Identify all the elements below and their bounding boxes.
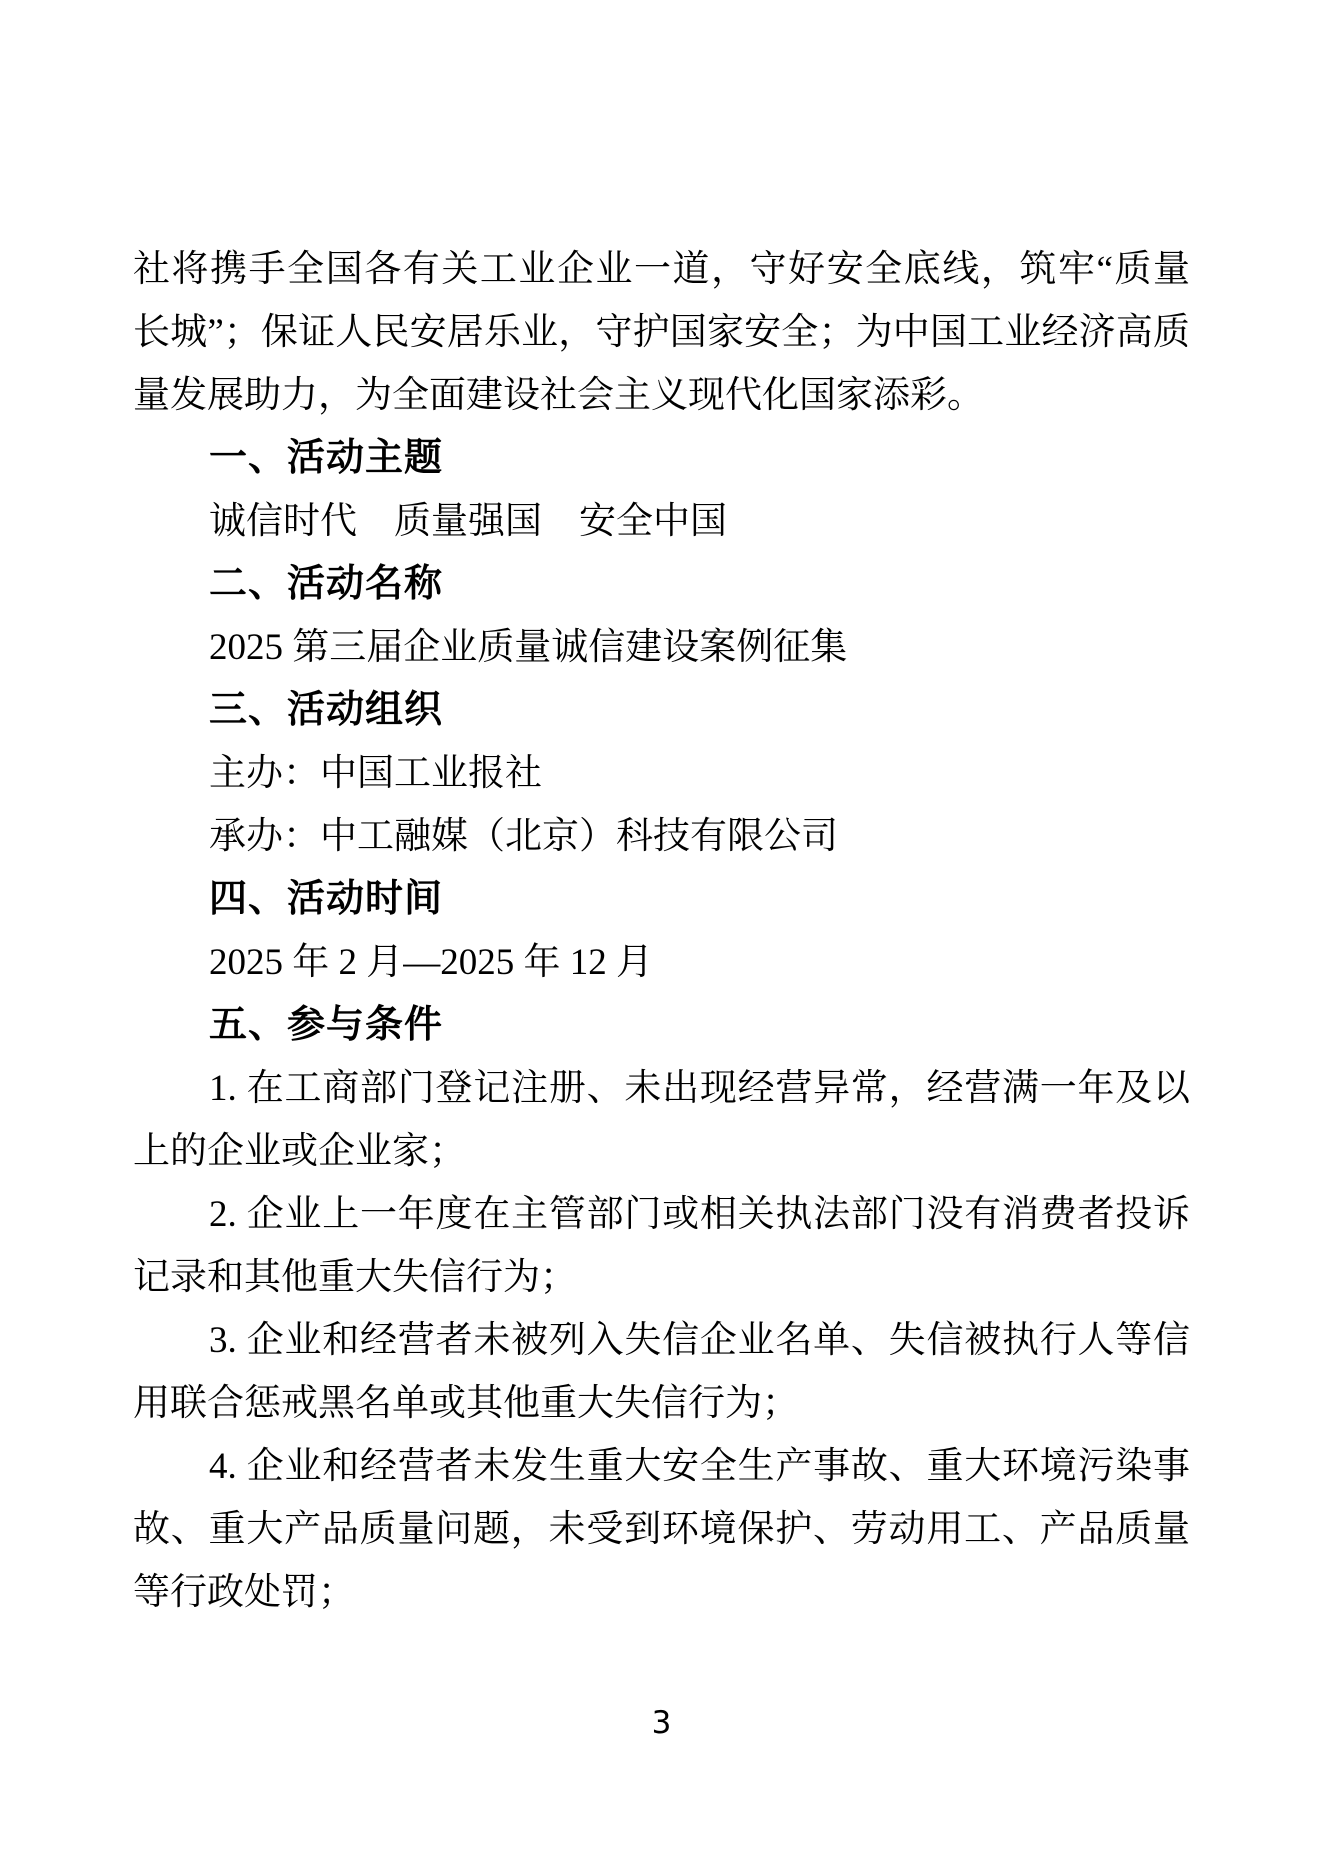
heading: 五、参与条件 [133,994,1190,1057]
text-line: 长城”；保证人民安居乐业，守护国家安全；为中国工业经济高质 [133,301,1190,364]
text-line: 一、活动主题 [133,427,1190,490]
text-line: 量发展助力，为全面建设社会主义现代化国家添彩。 [133,364,1190,427]
paragraph: 社将携手全国各有关工业企业一道，守好安全底线，筑牢“质量长城”；保证人民安居乐业… [133,238,1190,427]
paragraph: 主办：中国工业报社 [133,742,1190,805]
text-line: 2. 企业上一年度在主管部门或相关执法部门没有消费者投诉 [133,1183,1190,1246]
paragraph: 1. 在工商部门登记注册、未出现经营异常，经营满一年及以上的企业或企业家； [133,1057,1190,1183]
heading: 一、活动主题 [133,427,1190,490]
heading: 三、活动组织 [133,679,1190,742]
text-line: 2025 年 2 月—2025 年 12 月 [133,931,1190,994]
text-line: 二、活动名称 [133,553,1190,616]
paragraph: 3. 企业和经营者未被列入失信企业名单、失信被执行人等信用联合惩戒黑名单或其他重… [133,1309,1190,1435]
text-line: 社将携手全国各有关工业企业一道，守好安全底线，筑牢“质量 [133,238,1190,301]
text-line: 故、重大产品质量问题，未受到环境保护、劳动用工、产品质量 [133,1498,1190,1561]
document-body: 社将携手全国各有关工业企业一道，守好安全底线，筑牢“质量长城”；保证人民安居乐业… [133,238,1190,1624]
page-number: 3 [0,1700,1323,1746]
paragraph: 2025 第三届企业质量诚信建设案例征集 [133,616,1190,679]
text-line: 三、活动组织 [133,679,1190,742]
paragraph: 2025 年 2 月—2025 年 12 月 [133,931,1190,994]
heading: 二、活动名称 [133,553,1190,616]
text-line: 主办：中国工业报社 [133,742,1190,805]
text-line: 4. 企业和经营者未发生重大安全生产事故、重大环境污染事 [133,1435,1190,1498]
text-line: 上的企业或企业家； [133,1120,1190,1183]
document-page: 社将携手全国各有关工业企业一道，守好安全底线，筑牢“质量长城”；保证人民安居乐业… [0,0,1323,1871]
text-line: 记录和其他重大失信行为； [133,1246,1190,1309]
text-line: 五、参与条件 [133,994,1190,1057]
text-line: 承办：中工融媒（北京）科技有限公司 [133,805,1190,868]
text-line: 用联合惩戒黑名单或其他重大失信行为； [133,1372,1190,1435]
text-line: 3. 企业和经营者未被列入失信企业名单、失信被执行人等信 [133,1309,1190,1372]
text-line: 四、活动时间 [133,868,1190,931]
text-line: 诚信时代 质量强国 安全中国 [133,490,1190,553]
paragraph: 2. 企业上一年度在主管部门或相关执法部门没有消费者投诉记录和其他重大失信行为； [133,1183,1190,1309]
paragraph: 承办：中工融媒（北京）科技有限公司 [133,805,1190,868]
paragraph: 4. 企业和经营者未发生重大安全生产事故、重大环境污染事故、重大产品质量问题，未… [133,1435,1190,1624]
heading: 四、活动时间 [133,868,1190,931]
text-line: 等行政处罚； [133,1561,1190,1624]
text-line: 2025 第三届企业质量诚信建设案例征集 [133,616,1190,679]
paragraph: 诚信时代 质量强国 安全中国 [133,490,1190,553]
text-line: 1. 在工商部门登记注册、未出现经营异常，经营满一年及以 [133,1057,1190,1120]
